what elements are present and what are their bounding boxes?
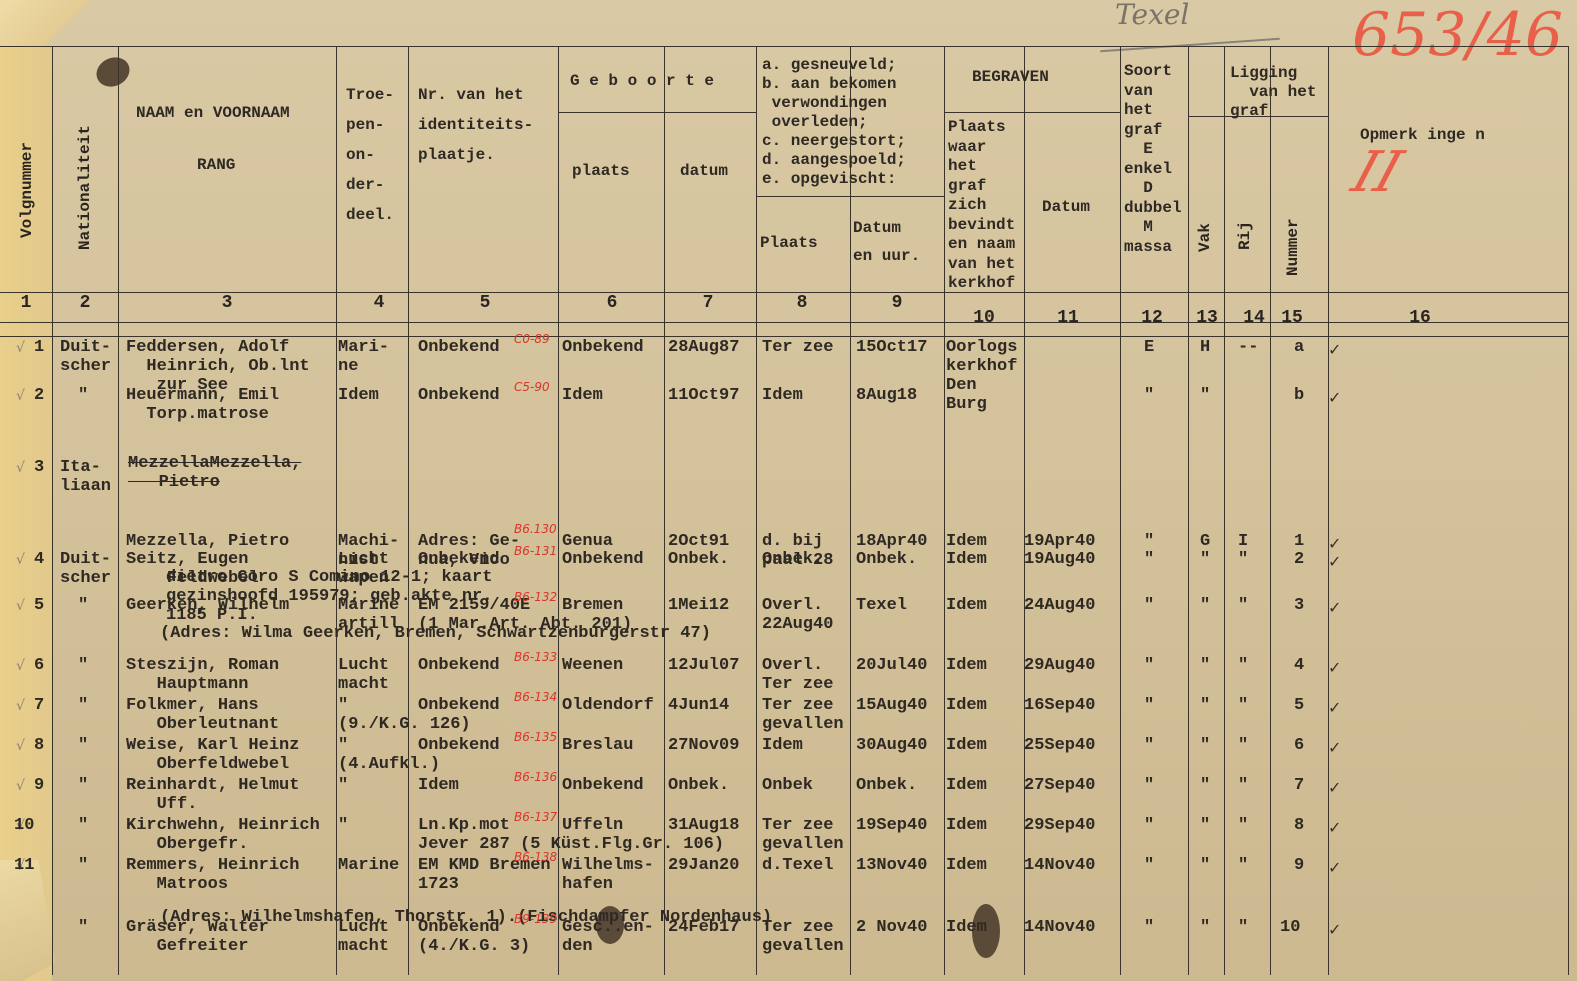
burial-date: 19Apr40 xyxy=(1024,532,1095,551)
header-rang: RANG xyxy=(197,156,235,175)
birth-place: Bremen xyxy=(562,596,623,615)
grave-type: " xyxy=(1144,596,1154,615)
burial-place: Idem xyxy=(946,918,987,937)
grid-line xyxy=(336,46,337,975)
id-reference: B6-138 xyxy=(514,848,557,867)
header-vak: Vak xyxy=(1196,223,1214,252)
birth-place: Onbekend xyxy=(562,338,644,357)
grave-rij: " xyxy=(1238,550,1248,569)
name-rank: Steszijn, Roman Hauptmann xyxy=(126,656,279,694)
birth-date: 1Mei12 xyxy=(668,596,729,615)
grave-vak: " xyxy=(1200,550,1210,569)
grid-line xyxy=(52,46,53,975)
grave-type: " xyxy=(1144,550,1154,569)
death-place: Onbek xyxy=(762,776,813,795)
birth-date: 11Oct97 xyxy=(668,386,739,405)
id-reference: B6-132 xyxy=(514,588,557,607)
grave-type: " xyxy=(1144,532,1154,551)
birth-date: Onbek. xyxy=(668,550,729,569)
burial-place: Idem xyxy=(946,816,987,835)
burial-place: Idem xyxy=(946,596,987,615)
death-place: Idem xyxy=(762,736,803,755)
death-date: 18Apr40 xyxy=(856,532,927,551)
grid-line xyxy=(1568,46,1569,975)
column-number: 3 xyxy=(215,293,239,313)
nationality: Duit- scher xyxy=(60,338,111,376)
burial-place: Idem xyxy=(946,856,987,875)
death-date: 19Sep40 xyxy=(856,816,927,835)
header-geboorte-datum: datum xyxy=(680,162,728,181)
grave-nummer: 5 xyxy=(1294,696,1304,715)
grave-nummer: 1 xyxy=(1294,532,1304,551)
grave-type: " xyxy=(1144,386,1154,405)
header-rij: Rij xyxy=(1236,221,1254,250)
unit: Lucht macht xyxy=(338,918,389,956)
death-place: Overl. Ter zee xyxy=(762,656,833,694)
row-number: 2 xyxy=(34,386,44,405)
column-number: 10 xyxy=(972,308,996,328)
death-place: Ter zee gevallen xyxy=(762,696,844,734)
death-place: Ter zee gevallen xyxy=(762,918,844,956)
check-mark-icon: √ xyxy=(16,388,25,404)
row-number: 11 xyxy=(14,856,34,875)
grave-type: " xyxy=(1144,816,1154,835)
row-number: 1 xyxy=(34,338,44,357)
death-date: 13Nov40 xyxy=(856,856,927,875)
red-annotation-number: 653/46 xyxy=(1352,0,1563,70)
check-mark-icon: √ xyxy=(16,552,25,568)
column-number: 11 xyxy=(1056,308,1080,328)
burial-place: Idem xyxy=(946,696,987,715)
header-death-plaats: Plaats xyxy=(760,234,818,253)
grave-vak: " xyxy=(1200,656,1210,675)
id-reference: B6-136 xyxy=(514,768,557,787)
nationality: " xyxy=(78,918,88,937)
grave-type: " xyxy=(1144,736,1154,755)
check-mark-icon: √ xyxy=(16,778,25,794)
birth-place: Wilhelms- hafen xyxy=(562,856,654,894)
name-rank: Geerken, Wilhelm xyxy=(126,596,289,615)
header-begraven-datum: Datum xyxy=(1042,198,1090,217)
death-date: 8Aug18 xyxy=(856,386,917,405)
check-mark-icon: ✓ xyxy=(1328,778,1341,797)
check-mark-icon: √ xyxy=(16,340,25,356)
burial-date: 29Sep40 xyxy=(1024,816,1095,835)
check-mark-icon: ✓ xyxy=(1328,698,1341,717)
grid-line xyxy=(408,46,409,975)
birth-place: Gesc..en- den xyxy=(562,918,654,956)
row-number: 8 xyxy=(34,736,44,755)
id-tag: Onbekend xyxy=(418,550,500,569)
death-date: Onbek. xyxy=(856,550,917,569)
column-number: 12 xyxy=(1140,308,1164,328)
grave-rij: " xyxy=(1238,736,1248,755)
id-reference: C5-90 xyxy=(514,378,550,397)
check-mark-icon: ✓ xyxy=(1328,388,1341,407)
header-identiteitsplaatje: Nr. van het identiteits- plaatje. xyxy=(418,80,533,170)
header-death-types: a. gesneuveld; b. aan bekomen verwonding… xyxy=(762,56,906,189)
grid-line xyxy=(850,196,851,975)
grid-line xyxy=(1120,46,1121,975)
id-reference: B9-139 xyxy=(514,910,557,929)
birth-place: Uffeln xyxy=(562,816,623,835)
birth-date: Onbek. xyxy=(668,776,729,795)
birth-date: 31Aug18 xyxy=(668,816,739,835)
header-soort-graf: Soort van het graf E enkel D dubbel M ma… xyxy=(1124,62,1182,257)
nationality: " xyxy=(78,696,88,715)
header-volgnummer: Volgnummer xyxy=(18,142,36,238)
row-number: 6 xyxy=(34,656,44,675)
grid-line xyxy=(118,46,119,975)
id-reference: B6-135 xyxy=(514,728,557,747)
grave-rij: " xyxy=(1238,918,1248,937)
grave-nummer: 9 xyxy=(1294,856,1304,875)
grid-line xyxy=(944,46,945,975)
column-number: 5 xyxy=(473,293,497,313)
column-number: 14 xyxy=(1242,308,1266,328)
death-place: Idem xyxy=(762,386,803,405)
id-tag: Onbekend xyxy=(418,696,500,715)
unit: " xyxy=(338,816,348,835)
birth-place: Idem xyxy=(562,386,603,405)
death-date: 15Aug40 xyxy=(856,696,927,715)
check-mark-icon: √ xyxy=(16,598,25,614)
column-number: 9 xyxy=(885,293,909,313)
birth-place: Breslau xyxy=(562,736,633,755)
check-mark-icon: ✓ xyxy=(1328,920,1341,939)
death-place: Ter zee gevallen xyxy=(762,816,844,854)
burial-date: 19Aug40 xyxy=(1024,550,1095,569)
birth-date: 4Jun14 xyxy=(668,696,729,715)
nationality: " xyxy=(78,386,88,405)
grave-rij: " xyxy=(1238,656,1248,675)
header-troepenonderdeel: Troe- pen- on- der- deel. xyxy=(346,80,394,230)
header-begraven-plaats: Plaats waar het graf zich bevindt en naa… xyxy=(948,118,1015,294)
check-mark-icon: ✓ xyxy=(1328,818,1341,837)
burial-date: 16Sep40 xyxy=(1024,696,1095,715)
nationality: " xyxy=(78,596,88,615)
id-reference: B6-133 xyxy=(514,648,557,667)
grave-type: " xyxy=(1144,696,1154,715)
id-tag: Onbekend xyxy=(418,386,500,405)
column-number: 16 xyxy=(1408,308,1432,328)
name-rank: Kirchwehn, Heinrich Obergefr. xyxy=(126,816,320,854)
birth-place: Onbekend xyxy=(562,776,644,795)
column-number: 1 xyxy=(14,293,38,313)
birth-place: Oldendorf xyxy=(562,696,654,715)
grave-rij: " xyxy=(1238,696,1248,715)
unit: Lucht wapen xyxy=(338,550,389,588)
column-number: 13 xyxy=(1195,308,1219,328)
name-struck: MezzellaMezzella, Pietro xyxy=(128,454,301,492)
name-rank: Folkmer, Hans Oberleutnant xyxy=(126,696,279,734)
grave-vak: H xyxy=(1200,338,1210,357)
name-rank: Heuermann, Emil Torp.matrose xyxy=(126,386,279,424)
nationality: " xyxy=(78,816,88,835)
check-mark-icon: ✓ xyxy=(1328,340,1341,359)
check-mark-icon: √ xyxy=(16,460,25,476)
id-reference: B6-131 xyxy=(514,542,557,561)
grave-rij: I xyxy=(1238,532,1248,551)
death-date: 30Aug40 xyxy=(856,736,927,755)
burial-date: 24Aug40 xyxy=(1024,596,1095,615)
header-nationaliteit: Nationaliteit xyxy=(76,125,94,250)
birth-date: 29Jan20 xyxy=(668,856,739,875)
grave-nummer: 4 xyxy=(1294,656,1304,675)
column-number: 4 xyxy=(367,293,391,313)
address-note: (Adres: Wilma Geerken, Bremen, Schwartze… xyxy=(160,624,711,643)
grave-nummer: b xyxy=(1294,386,1304,405)
grave-rij: " xyxy=(1238,856,1248,875)
check-mark-icon: √ xyxy=(16,738,25,754)
grid-line xyxy=(1270,116,1271,975)
grave-vak: " xyxy=(1200,696,1210,715)
check-mark-icon: ✓ xyxy=(1328,598,1341,617)
grave-vak: " xyxy=(1200,856,1210,875)
grave-vak: G xyxy=(1200,532,1210,551)
name-rank: Weise, Karl Heinz Oberfeldwebel xyxy=(126,736,299,774)
burial-place: Idem xyxy=(946,550,987,569)
check-mark-icon: ✓ xyxy=(1328,552,1341,571)
birth-date: 24Feb17 xyxy=(668,918,739,937)
column-number: 15 xyxy=(1280,308,1304,328)
burial-place: Idem xyxy=(946,776,987,795)
grid-line xyxy=(944,112,1120,113)
grave-vak: " xyxy=(1200,386,1210,405)
grave-type: " xyxy=(1144,856,1154,875)
id-tag: Idem xyxy=(418,776,459,795)
death-date: Onbek. xyxy=(856,776,917,795)
unit: Idem xyxy=(338,386,379,405)
grave-rij: -- xyxy=(1238,338,1258,357)
death-place: Onbek. xyxy=(762,550,823,569)
header-naam: NAAM en VOORNAAM xyxy=(136,104,290,123)
header-death-datum: Datum en uur. xyxy=(853,214,920,270)
death-date: Texel xyxy=(856,596,907,615)
column-number: 7 xyxy=(696,293,720,313)
name-rank: Gräser, Walter Gefreiter xyxy=(126,918,269,956)
id-tag: Onbekend xyxy=(418,338,500,357)
pencil-annotation: Texel xyxy=(1115,0,1189,31)
unit: Marine xyxy=(338,856,399,875)
header-begraven: BEGRAVEN xyxy=(972,68,1049,87)
birth-date: 12Jul07 xyxy=(668,656,739,675)
folded-corner xyxy=(0,0,100,48)
id-reference: B6.130 xyxy=(514,520,557,539)
id-reference: C0-89 xyxy=(514,330,550,349)
grave-type: E xyxy=(1144,338,1154,357)
burial-date: 29Aug40 xyxy=(1024,656,1095,675)
row-number: 7 xyxy=(34,696,44,715)
grave-vak: " xyxy=(1200,596,1210,615)
name-rank: Seitz, Eugen Feldwebel xyxy=(126,550,259,588)
birth-date: 28Aug87 xyxy=(668,338,739,357)
grave-nummer: a xyxy=(1294,338,1304,357)
burial-date: 27Sep40 xyxy=(1024,776,1095,795)
grave-vak: " xyxy=(1200,776,1210,795)
death-date: 2 Nov40 xyxy=(856,918,927,937)
burial-date: 14Nov40 xyxy=(1024,918,1095,937)
nationality: Ita- liaan xyxy=(60,458,111,496)
nationality: " xyxy=(78,736,88,755)
check-mark-icon: ✓ xyxy=(1328,858,1341,877)
row-number: 3 xyxy=(34,458,44,477)
row-number: 9 xyxy=(34,776,44,795)
header-opmerkingen: Opmerk inge n xyxy=(1360,126,1485,145)
name-rank: Reinhardt, Helmut Uff. xyxy=(126,776,299,814)
burial-place: Idem xyxy=(946,656,987,675)
id-reference: B6-134 xyxy=(514,688,557,707)
burial-place: Idem xyxy=(946,736,987,755)
name-rank: Remmers, Heinrich Matroos xyxy=(126,856,299,894)
grave-rij: " xyxy=(1238,776,1248,795)
check-mark-icon: √ xyxy=(16,658,25,674)
death-place: Overl. 22Aug40 xyxy=(762,596,833,634)
burial-date: 14Nov40 xyxy=(1024,856,1095,875)
grid-line xyxy=(1224,116,1225,975)
unit: " xyxy=(338,776,348,795)
check-mark-icon: ✓ xyxy=(1328,534,1341,553)
birth-date: 2Oct91 xyxy=(668,532,729,551)
birth-date: 27Nov09 xyxy=(668,736,739,755)
row-number: 4 xyxy=(34,550,44,569)
burial-date: 25Sep40 xyxy=(1024,736,1095,755)
birth-place: Weenen xyxy=(562,656,623,675)
death-date: 15Oct17 xyxy=(856,338,927,357)
column-number: 8 xyxy=(790,293,814,313)
unit: Mari- ne xyxy=(338,338,389,376)
nationality: " xyxy=(78,656,88,675)
death-place: d.Texel xyxy=(762,856,833,875)
grave-nummer: 6 xyxy=(1294,736,1304,755)
header-geboorte: G e b o o r t e xyxy=(570,72,714,91)
column-number: 2 xyxy=(73,293,97,313)
grid-line xyxy=(558,112,756,113)
burial-place: Idem xyxy=(946,532,987,551)
grid-line xyxy=(0,46,1568,47)
grave-nummer: 7 xyxy=(1294,776,1304,795)
check-mark-icon: ✓ xyxy=(1328,658,1341,677)
row-number: 10 xyxy=(14,816,34,835)
name-rank: Mezzella, Pietro xyxy=(126,532,289,551)
grave-nummer: 10 xyxy=(1280,918,1300,937)
id-reference: B6-137 xyxy=(514,808,557,827)
grid-line xyxy=(756,46,757,975)
grave-vak: " xyxy=(1200,918,1210,937)
row-number: 5 xyxy=(34,596,44,615)
grave-type: " xyxy=(1144,776,1154,795)
burial-place: Oorlogs kerkhof Den Burg xyxy=(946,338,1017,414)
grave-rij: " xyxy=(1238,816,1248,835)
column-number: 6 xyxy=(600,293,624,313)
unit: Lucht macht xyxy=(338,656,389,694)
grave-type: " xyxy=(1144,656,1154,675)
grave-nummer: 8 xyxy=(1294,816,1304,835)
grid-line xyxy=(1188,46,1189,975)
death-place: Ter zee xyxy=(762,338,833,357)
birth-place: Genua xyxy=(562,532,613,551)
check-mark-icon: √ xyxy=(16,698,25,714)
birth-place: Onbekend xyxy=(562,550,644,569)
grid-line xyxy=(0,336,1568,337)
grave-nummer: 2 xyxy=(1294,550,1304,569)
id-tag: Onbekend xyxy=(418,736,500,755)
nationality: " xyxy=(78,776,88,795)
id-tag: Onbekend xyxy=(418,656,500,675)
header-geboorte-plaats: plaats xyxy=(572,162,630,181)
check-mark-icon: ✓ xyxy=(1328,738,1341,757)
grave-nummer: 3 xyxy=(1294,596,1304,615)
grave-type: " xyxy=(1144,918,1154,937)
grave-vak: " xyxy=(1200,816,1210,835)
grave-vak: " xyxy=(1200,736,1210,755)
header-ligging: Ligging van het graf xyxy=(1230,64,1316,121)
header-nummer: Nummer xyxy=(1284,218,1302,276)
grave-rij: " xyxy=(1238,596,1248,615)
grid-line xyxy=(0,322,1568,323)
nationality: " xyxy=(78,856,88,875)
death-date: 20Jul40 xyxy=(856,656,927,675)
nationality: Duit- scher xyxy=(60,550,111,588)
